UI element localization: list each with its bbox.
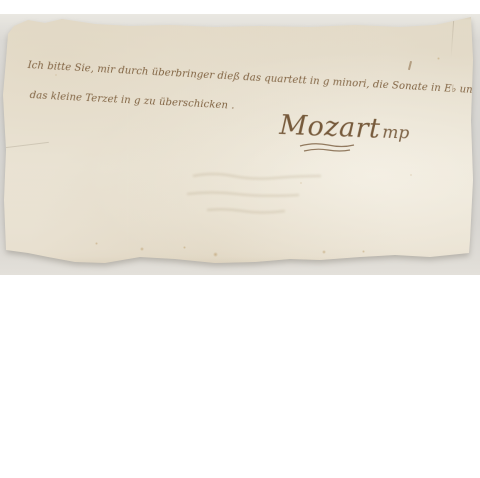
handwriting-line-2: das kleine Terzet in g zu überschicken .	[29, 90, 234, 112]
manuscript-paper: Ich bitte Sie, mir durch überbringer die…	[0, 14, 480, 275]
signature-name: Mozart	[279, 110, 381, 145]
foxing-spot	[183, 246, 186, 249]
foxing-spot	[410, 174, 412, 176]
signature: Mozartmp	[279, 110, 410, 146]
foxing-spot	[437, 57, 440, 60]
photo-backdrop: Ich bitte Sie, mir durch überbringer die…	[0, 14, 480, 275]
handwriting-line-1: Ich bitte Sie, mir durch überbringer die…	[27, 60, 479, 96]
paper-shadow-wrap: Ich bitte Sie, mir durch überbringer die…	[0, 14, 480, 275]
paper-crease-top-right	[451, 16, 455, 58]
foxing-spot	[95, 242, 98, 245]
foxing-spot	[213, 252, 218, 257]
paper-top-edge-shade	[0, 14, 480, 20]
foxing-spot	[322, 250, 326, 254]
paper-bottom-edge-shade	[0, 257, 480, 275]
paper-crease-left	[0, 142, 49, 149]
foxing-spot	[362, 250, 365, 253]
top-white-band	[0, 0, 480, 14]
signature-paraph: mp	[382, 123, 410, 144]
ink-bleedthrough-smudge	[185, 164, 335, 222]
foxing-spot	[300, 182, 302, 184]
foxing-spot	[55, 74, 57, 76]
stray-ink-tick	[408, 61, 412, 70]
foxing-spot	[140, 247, 144, 251]
bottom-white-band	[0, 275, 480, 478]
signature-flourish	[296, 142, 358, 156]
